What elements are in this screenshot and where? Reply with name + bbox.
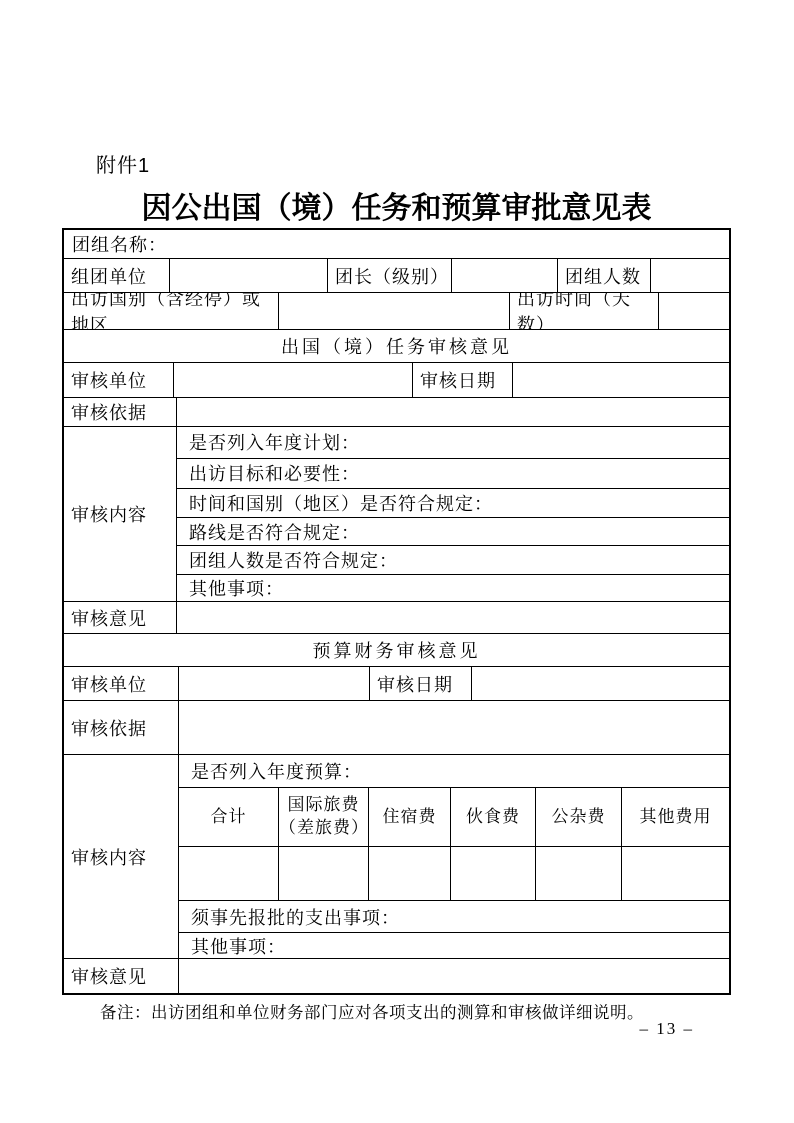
budget-col-intl-travel: 国际旅费 （差旅费） [279,788,369,847]
duration-value-blank [659,293,729,329]
budget-opinion-label: 审核意见 [64,959,179,993]
row-group-name: 团组名称： [64,230,729,259]
task-content-item: 出访目标和必要性： [177,459,729,489]
task-content-items: 是否列入年度计划： 出访目标和必要性： 时间和国别（地区）是否符合规定： 路线是… [177,427,729,601]
row-budget-opinion: 审核意见 [64,959,729,993]
leader-value-blank [452,259,558,292]
budget-question-row: 是否列入年度预算： [179,755,729,788]
duration-label: 出访时间（天数） [510,293,659,329]
org-unit-label: 组团单位 [64,259,170,292]
row-budget-content: 审核内容 是否列入年度预算： 合计 国际旅费 （差旅费） 住宿费 伙食费 公杂费… [64,755,729,959]
budget-unit-label: 审核单位 [64,667,179,700]
budget-col-total: 合计 [179,788,279,847]
budget-col-meals: 伙食费 [451,788,536,847]
row-task-basis: 审核依据 [64,398,729,427]
budget-col-misc: 公杂费 [536,788,622,847]
budget-header-row: 合计 国际旅费 （差旅费） 住宿费 伙食费 公杂费 其他费用 [179,788,729,848]
task-content-item: 其他事项： [177,575,729,601]
row-basic-info-2: 出访国别（含经停）或地区 出访时间（天数） [64,293,729,330]
budget-basis-value-blank [179,701,729,754]
budget-value-misc-blank [536,847,622,900]
row-basic-info-1: 组团单位 团长（级别） 团组人数 [64,259,729,293]
task-opinion-value-blank [177,602,729,633]
group-size-label: 团组人数 [558,259,651,292]
row-task-opinion: 审核意见 [64,602,729,634]
budget-pre-approval-row: 须事先报批的支出事项： [179,901,729,933]
task-section-header: 出国（境）任务审核意见 [64,330,729,362]
budget-date-label: 审核日期 [370,667,472,700]
task-content-label: 审核内容 [64,427,177,601]
task-content-item: 团组人数是否符合规定： [177,546,729,575]
task-date-value-blank [513,363,729,397]
row-task-content: 审核内容 是否列入年度计划： 出访目标和必要性： 时间和国别（地区）是否符合规定… [64,427,729,602]
budget-value-meals-blank [451,847,536,900]
row-budget-unit-date: 审核单位 审核日期 [64,667,729,701]
budget-value-lodging-blank [369,847,451,900]
approval-form-table: 团组名称： 组团单位 团长（级别） 团组人数 出访国别（含经停）或地区 出访时间… [62,228,731,995]
budget-other-item-row: 其他事项： [179,933,729,958]
task-basis-label: 审核依据 [64,398,177,426]
task-unit-label: 审核单位 [64,363,174,397]
leader-label: 团长（级别） [328,259,452,292]
task-unit-value-blank [174,363,413,397]
countries-label: 出访国别（含经停）或地区 [64,293,279,329]
budget-content-items: 是否列入年度预算： 合计 国际旅费 （差旅费） 住宿费 伙食费 公杂费 其他费用 [179,755,729,958]
budget-value-other-blank [622,847,729,900]
budget-values-row [179,847,729,901]
document-page: 附件1 因公出国（境）任务和预算审批意见表 团组名称： 组团单位 团长（级别） … [0,0,794,1123]
budget-basis-label: 审核依据 [64,701,179,754]
countries-value-blank [279,293,510,329]
task-content-item: 时间和国别（地区）是否符合规定： [177,489,729,519]
budget-value-intl-travel-blank [279,847,369,900]
org-unit-value-blank [170,259,328,292]
row-task-section-header: 出国（境）任务审核意见 [64,330,729,363]
task-content-item: 路线是否符合规定： [177,518,729,546]
budget-date-value-blank [472,667,729,700]
task-opinion-label: 审核意见 [64,602,177,633]
budget-content-label: 审核内容 [64,755,179,958]
attachment-label: 附件1 [96,149,150,178]
footnote: 备注：出访团组和单位财务部门应对各项支出的测算和审核做详细说明。 [100,999,644,1023]
budget-unit-value-blank [179,667,370,700]
row-task-unit-date: 审核单位 审核日期 [64,363,729,398]
budget-col-lodging: 住宿费 [369,788,451,847]
document-title: 因公出国（境）任务和预算审批意见表 [62,183,731,227]
task-basis-value-blank [177,398,729,426]
group-size-value-blank [651,259,729,292]
page-number: – 13 – [640,1019,695,1039]
task-content-item: 是否列入年度计划： [177,427,729,459]
row-budget-section-header: 预算财务审核意见 [64,634,729,667]
budget-opinion-value-blank [179,959,729,993]
row-budget-basis: 审核依据 [64,701,729,755]
group-name-label-cell: 团组名称： [64,230,729,258]
task-date-label: 审核日期 [413,363,513,397]
budget-section-header: 预算财务审核意见 [64,634,729,666]
budget-value-total-blank [179,847,279,900]
budget-col-other: 其他费用 [622,788,729,847]
